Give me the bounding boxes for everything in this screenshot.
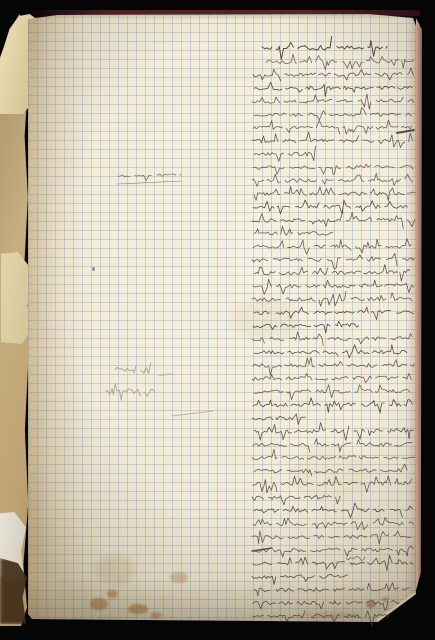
manuscript-page	[28, 14, 416, 622]
page-block-fore-edge	[416, 18, 422, 596]
photo-background: Meißen am 30. Sept. 1907. Carl-Marti Pro…	[0, 0, 435, 640]
page-vignette	[28, 14, 416, 622]
